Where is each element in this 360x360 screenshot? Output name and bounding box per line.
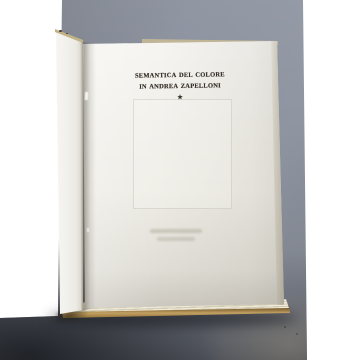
gutter-flaw-nick <box>87 228 89 232</box>
show-through-text-smudge <box>157 237 195 241</box>
backdrop-speck <box>296 333 298 335</box>
show-through-rectangle <box>133 99 232 209</box>
title-line-2: IN ANDREA ZAPELLONI <box>118 81 242 93</box>
show-through-text-smudge <box>150 229 202 233</box>
photo-scene: SEMANTICA DEL COLORE IN ANDREA ZAPELLONI… <box>0 0 360 360</box>
cover-speck <box>59 30 62 32</box>
title-line-1: SEMANTICA DEL COLORE <box>118 70 242 82</box>
title-block: SEMANTICA DEL COLORE IN ANDREA ZAPELLONI… <box>118 70 242 102</box>
cover-speck <box>66 33 68 35</box>
backdrop-speck <box>284 326 286 328</box>
gutter-flaw-nick <box>85 92 88 100</box>
